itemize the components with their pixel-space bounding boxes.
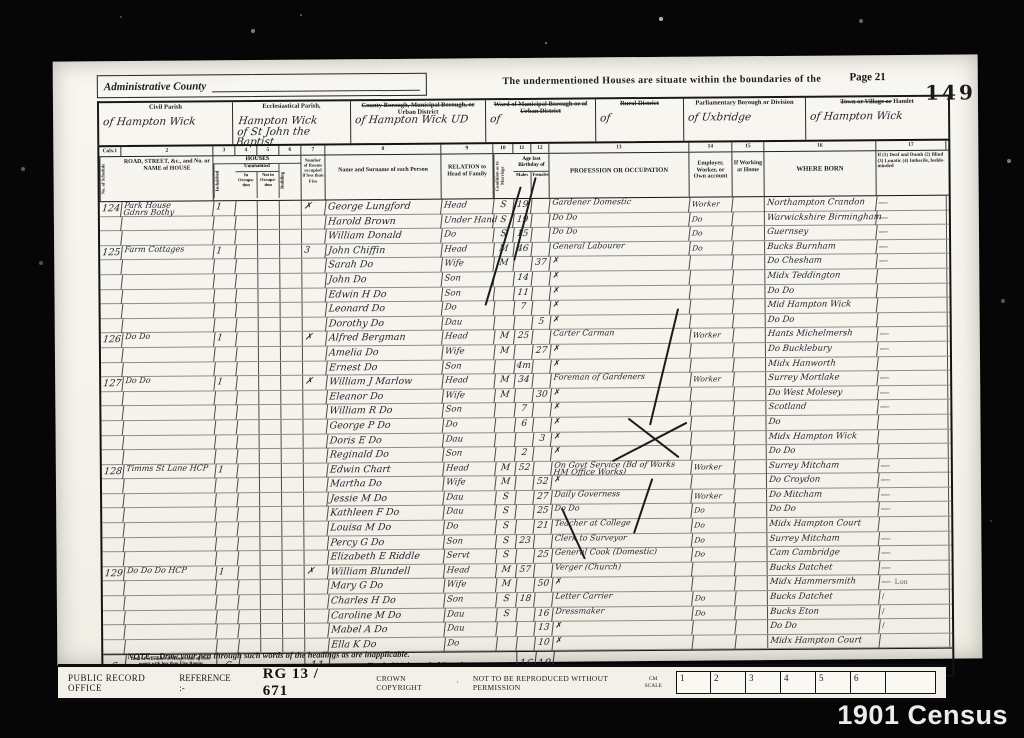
building-cell [282, 522, 304, 536]
address-cell [124, 552, 218, 566]
occupation-text: Gardener Domestic [552, 197, 632, 207]
employer-status-cell [692, 621, 737, 635]
district-label: Rural District [598, 100, 681, 108]
relation-cell: Head [444, 564, 498, 578]
age-male-cell [513, 257, 533, 271]
where-born-cell: Do Mitcham [766, 488, 880, 502]
building-cell [281, 361, 303, 375]
occupation-cell: ✗ [552, 621, 694, 636]
district-label-segment: Ward of Municipal Borough [494, 101, 573, 109]
occupation-text: Carter Carman [553, 329, 615, 338]
administrative-county-label: Administrative County [104, 80, 206, 93]
uninhabited-in-occupation-cell [239, 624, 261, 638]
age-male-cell [516, 578, 536, 592]
occupation-text: Daily Governess [554, 489, 621, 499]
age-female-cell [532, 359, 552, 373]
relation-cell: Head [443, 462, 497, 477]
rooms-cell [302, 317, 328, 331]
relation-cell: Head [442, 331, 496, 345]
inhabited-cell: 1 [213, 201, 237, 216]
occupation-cell: ✗ [551, 402, 693, 417]
marital-condition-cell: S [495, 505, 517, 519]
inhabited-cell [215, 449, 239, 463]
rooms-cell [304, 609, 330, 623]
age-female-cell [532, 374, 552, 388]
address-cell [122, 274, 216, 288]
inhabited-cell [215, 435, 239, 449]
age-male-cell [515, 491, 535, 505]
schedule-number-cell [100, 290, 124, 304]
uninhabited-in-occupation-cell [237, 420, 259, 434]
check-mark: ✗ [554, 446, 562, 455]
age-male-cell: 18 [516, 593, 536, 607]
employer-status-cell [692, 635, 737, 649]
district-label-segment: County Borough, Municipal [361, 102, 439, 110]
uninhabited-not-in-occupation-cell [261, 624, 283, 638]
building-cell [281, 376, 303, 390]
marital-condition-cell: M [494, 374, 516, 388]
where-born-cell: Warwickshire Birmingham [764, 211, 878, 225]
inhabited-cell [214, 318, 238, 332]
uninhabited-in-occupation-cell [236, 230, 258, 244]
occupation-text: Dressmaker [555, 606, 605, 615]
address-cell: Do Do [122, 333, 216, 347]
district-value: of [490, 114, 501, 125]
uninhabited-not-in-occupation-cell [258, 215, 280, 229]
uninhabited-not-in-occupation-cell [259, 405, 281, 419]
marital-condition-cell: M [495, 476, 517, 490]
rooms-cell [302, 361, 328, 375]
age-female-cell: 10 [534, 637, 554, 651]
age-male-cell [514, 345, 534, 359]
where-born-cell: Do Do [766, 444, 880, 458]
uninhabited-not-in-occupation-cell [258, 259, 280, 273]
address-cell [122, 289, 216, 303]
address-cell [123, 508, 217, 522]
address-cell [123, 420, 217, 434]
occupation-text: On Govt Service (Bd of Works HM Office W… [553, 459, 676, 476]
working-at-home-cell [736, 591, 768, 605]
infirmity-cell: —Lon [880, 575, 950, 589]
schedule-number-cell [101, 509, 125, 523]
employer-status-cell: Do [692, 591, 737, 605]
check-mark: ✗ [552, 300, 560, 309]
cm-scale-label: CM SCALE [645, 676, 662, 689]
employer-status-cell: Do [692, 533, 737, 547]
inhabited-cell [214, 347, 238, 361]
district-box: Parliamentary Borough or Divisionof Uxbr… [684, 98, 806, 141]
inhabited-cell [213, 230, 237, 244]
building-cell [281, 317, 303, 331]
where-born-cell: Midx Teddington [765, 269, 879, 283]
person-name-cell: Ernest Do [326, 360, 444, 375]
check-mark: ✗ [553, 417, 561, 426]
building-cell [281, 347, 303, 361]
working-at-home-cell [735, 460, 767, 474]
person-name-cell: George P Do [327, 418, 445, 433]
working-at-home-cell [733, 255, 765, 269]
inhabited-cell [215, 478, 239, 492]
occupation-cell: Verger (Church) [552, 562, 694, 577]
address-cell: Timms St Lane HCP [123, 464, 217, 479]
infirmity-cell [878, 415, 948, 429]
age-male-cell [516, 520, 536, 534]
employer-status-cell: Do [689, 241, 734, 255]
schedule-number-cell [100, 275, 124, 289]
rooms-cell [302, 273, 328, 287]
where-born-cell: Cam Cambridge [767, 546, 881, 560]
building-cell [283, 609, 305, 623]
col-header-age-males: Males [514, 172, 532, 196]
age-male-cell [515, 432, 535, 446]
employer-status-cell: Worker [691, 489, 736, 503]
relation-cell: Head [442, 374, 496, 388]
occupation-cell: Do Do [549, 212, 691, 227]
column-number: 12 [531, 144, 549, 153]
uninhabited-in-occupation-cell [236, 201, 258, 216]
infirmity-cell: — [878, 342, 948, 356]
uninhabited-in-occupation-cell [237, 318, 259, 332]
person-name-cell: Louisa M Do [328, 521, 446, 536]
uninhabited-in-occupation-cell [239, 580, 261, 594]
working-at-home-cell [734, 299, 766, 313]
infirmity-cell: — [877, 225, 947, 239]
col-header-employer: Employer, Worker, or Own account [689, 152, 732, 196]
building-cell [282, 463, 304, 477]
district-band: Civil Parishof Hampton WickEcclesiastica… [97, 95, 950, 146]
working-at-home-cell [735, 518, 767, 532]
inhabited-cell [213, 260, 237, 274]
infirmity-cell: — [877, 254, 947, 268]
rooms-cell: ✗ [302, 332, 328, 346]
inhabited-cell [214, 289, 238, 303]
marital-condition-cell: M [496, 564, 518, 578]
age-male-cell: 14 [514, 272, 534, 286]
age-female-cell: 13 [534, 622, 554, 636]
address-cell [123, 449, 217, 463]
district-value: of Hampton Wick [809, 111, 903, 122]
relation-cell: Son [442, 272, 496, 286]
working-at-home-cell [735, 431, 767, 445]
infirmity-cell: — [879, 473, 949, 487]
district-label-segment: Borough, or [440, 101, 475, 108]
schedule-number-cell [101, 494, 125, 508]
schedule-number-cell [102, 640, 126, 654]
age-male-cell [515, 505, 535, 519]
working-at-home-cell [733, 285, 765, 299]
schedule-number-cell [101, 406, 125, 420]
age-female-cell [532, 301, 552, 315]
age-female-cell [534, 564, 554, 578]
building-cell [281, 303, 303, 317]
column-number: 2 [121, 146, 213, 156]
schedule-number-cell [102, 538, 126, 552]
col-header-working-at-home: If Working at Home [732, 152, 764, 196]
marital-condition-cell: M [494, 389, 516, 403]
person-name-cell: Jessie M Do [327, 491, 445, 506]
uninhabited-not-in-occupation-cell [259, 347, 281, 361]
schedule-number-cell [101, 479, 125, 493]
uninhabited-not-in-occupation-cell [261, 566, 283, 580]
infirmity-cell [877, 269, 947, 283]
where-born-cell: Bucks Datchet [767, 590, 881, 604]
age-male-cell [515, 476, 535, 490]
crown-copyright-label: CROWN COPYRIGHT [376, 674, 442, 692]
uninhabited-not-in-occupation-cell [260, 493, 282, 507]
uninhabited-not-in-occupation-cell [260, 478, 282, 492]
age-male-cell: 34 [514, 374, 534, 388]
address-cell [122, 318, 216, 332]
relation-cell: Under Hand [441, 214, 495, 228]
marital-condition-cell: S [496, 520, 518, 534]
marital-condition-cell: M [495, 462, 517, 476]
address-cell [123, 391, 217, 405]
where-born-cell: Midx Hampton Court [767, 634, 881, 648]
age-male-cell: 25 [514, 330, 534, 344]
census-sheet: Administrative County The undermentioned… [53, 54, 983, 665]
employer-status-cell: Do [692, 518, 737, 532]
relation-cell: Do [442, 301, 496, 315]
age-female-cell: 30 [532, 388, 552, 402]
where-born-cell: Midx Hammersmith [767, 576, 881, 590]
marital-condition-cell [494, 316, 516, 330]
employer-status-cell [691, 431, 736, 445]
image-caption: 1901 Census [837, 700, 1008, 731]
infirmity-cell [879, 517, 949, 531]
rooms-cell [301, 215, 327, 229]
inhabited-cell [216, 610, 240, 624]
rooms-cell [303, 419, 329, 433]
where-born-cell: Guernsey [764, 225, 878, 239]
occupation-text: Do Do [552, 212, 578, 221]
col-header-schedule: No. of Schedule [99, 157, 121, 201]
person-name-cell: Sarah Do [325, 258, 443, 273]
working-at-home-cell [736, 576, 768, 590]
schedule-number-cell [100, 304, 124, 318]
inhabited-cell [216, 551, 240, 565]
column-number: 13 [549, 143, 689, 153]
person-name-cell: Harold Brown [325, 214, 443, 229]
uninhabited-not-in-occupation-cell [260, 434, 282, 448]
age-male-cell [516, 549, 536, 563]
relation-cell: Wife [443, 389, 497, 403]
employer-status-cell [691, 475, 736, 489]
infirmity-cell: / [880, 619, 950, 633]
relation-cell: Dau [442, 316, 496, 330]
schedule-number-cell: 128 [101, 465, 125, 479]
working-at-home-cell [734, 416, 766, 430]
schedule-number-cell [101, 392, 125, 406]
age-male-cell: 2 [515, 447, 535, 461]
check-mark: ✗ [555, 621, 563, 630]
working-at-home-cell [735, 474, 767, 488]
age-group-title: Age last Birthday of [513, 154, 549, 172]
building-cell [282, 434, 304, 448]
infirmity-cell [877, 283, 947, 297]
col-header-profession: PROFESSION OR OCCUPATION [549, 153, 689, 198]
ruler-cell: 3 [746, 671, 781, 694]
administrative-county-box: Administrative County [97, 73, 427, 99]
inhabited-cell [216, 522, 240, 536]
marital-condition-cell: M [496, 578, 518, 592]
infirmity-cell: — [878, 327, 948, 341]
building-cell [280, 201, 302, 216]
where-born-cell: Surrey Mitcham [766, 459, 880, 474]
building-cell [280, 288, 302, 302]
address-cell: Farm Cottages [121, 245, 215, 259]
schedule-number-cell [99, 217, 123, 231]
cm-ruler: 123456 [676, 671, 936, 694]
address-cell [121, 260, 215, 274]
relation-cell: Son [444, 593, 498, 607]
marital-condition-cell [494, 301, 516, 315]
uninhabited-not-in-occupation-cell [260, 449, 282, 463]
employer-status-cell [691, 416, 736, 430]
infirmity-cell: — [878, 385, 948, 399]
where-born-cell: Midx Hampton Wick [766, 430, 880, 444]
rooms-cell [304, 551, 330, 565]
uninhabited-not-in-occupation-cell [260, 507, 282, 521]
marital-condition-cell: S [495, 491, 517, 505]
district-value: Hampton Wick of St John the Baptist [235, 115, 352, 147]
age-female-cell [533, 461, 553, 475]
building-cell [283, 595, 305, 609]
working-at-home-cell [733, 197, 765, 212]
occupation-text: Do Do [554, 504, 580, 513]
uninhabited-in-occupation-cell [236, 274, 258, 288]
district-label-segment: Rural District [620, 100, 659, 107]
age-female-cell: 52 [533, 476, 553, 490]
employer-status-cell [690, 314, 735, 328]
relation-cell: Dau [443, 491, 497, 505]
check-mark: ✗ [554, 475, 562, 484]
employer-status-cell: Do [692, 548, 737, 562]
marital-condition-cell [494, 287, 516, 301]
employer-status-cell: Worker [690, 329, 735, 343]
age-female-cell [531, 243, 551, 257]
infirmity-cell: — [879, 531, 949, 545]
employer-status-cell [690, 358, 735, 372]
person-name-cell: John Chiffin [325, 243, 443, 258]
relation-cell: Head [441, 243, 495, 257]
uninhabited-not-in-occupation-cell [259, 420, 281, 434]
uninhabited-not-in-occupation-cell [259, 376, 281, 390]
schedule-number-cell [102, 523, 126, 537]
building-cell [281, 390, 303, 404]
district-box: Rural Districtof [596, 99, 684, 142]
rooms-cell [304, 580, 330, 594]
inhabited-cell [216, 595, 240, 609]
reference-number: RG 13 / 671 [263, 666, 337, 700]
relation-cell: Dau [444, 622, 498, 636]
column-number: 10 [493, 144, 513, 153]
check-mark: ✗ [555, 577, 563, 586]
record-office-label: PUBLIC RECORD OFFICE [68, 673, 165, 693]
age-male-cell: 6 [515, 418, 535, 432]
col-header-building: Building [279, 164, 301, 198]
working-at-home-cell [734, 372, 766, 386]
uninhabited-in-occupation-cell [236, 259, 258, 273]
employer-status-cell [689, 256, 734, 270]
district-value: of Hampton Wick [103, 117, 197, 128]
district-label: Ward of Municipal Borough or of Urban Di… [488, 100, 593, 116]
district-box: Ward of Municipal Borough or of Urban Di… [486, 99, 596, 142]
pencil-note: Lon [895, 577, 908, 586]
age-female-cell [532, 286, 552, 300]
age-male-cell: 11 [514, 286, 534, 300]
age-male-cell [516, 622, 536, 636]
working-at-home-cell [734, 401, 766, 415]
col-header-name: Name and Surname of each Person [325, 155, 441, 200]
where-born-cell: Do Do [767, 619, 881, 633]
building-cell [282, 493, 304, 507]
age-male-cell: 7 [515, 403, 535, 417]
relation-cell: Do [444, 637, 498, 651]
marital-condition-cell: M [494, 345, 516, 359]
district-value: of Uxbridge [688, 112, 752, 123]
working-at-home-cell [735, 547, 767, 561]
uninhabited-not-in-occupation-cell [259, 361, 281, 375]
infirmity-cell: / [880, 590, 950, 604]
address-cell [124, 595, 218, 609]
working-at-home-cell [735, 533, 767, 547]
uninhabited-in-occupation-cell [237, 303, 259, 317]
district-label-segment: Civil Parish [149, 104, 182, 111]
occupation-text: General Cook (Domestic) [554, 547, 657, 557]
address-cell [123, 479, 217, 493]
relation-cell: Servt [444, 549, 498, 563]
marital-condition-cell [495, 403, 517, 417]
uninhabited-in-occupation-cell [238, 493, 260, 507]
schedule-number-cell [102, 582, 126, 596]
check-mark: ✗ [552, 256, 560, 265]
occupation-cell: Dressmaker [552, 606, 694, 621]
person-name-cell: John Do [326, 273, 444, 288]
infirmity-cell [878, 298, 948, 312]
where-born-cell: Mid Hampton Wick [765, 298, 879, 312]
infirmity-cell [879, 429, 949, 443]
working-at-home-cell [736, 620, 768, 634]
age-female-cell: 16 [534, 607, 554, 621]
uninhabited-not-in-occupation-cell [258, 230, 280, 244]
uninhabited-in-occupation-cell [237, 391, 259, 405]
building-cell [281, 405, 303, 419]
person-name-cell: William Blundell [328, 564, 446, 579]
employer-status-cell: Do [689, 226, 734, 240]
inhabited-cell [216, 537, 240, 551]
relation-cell: Wife [444, 579, 498, 593]
occupation-text: Verger (Church) [555, 562, 622, 572]
schedule-number-cell [102, 596, 126, 610]
rooms-cell: ✗ [302, 376, 328, 390]
employer-status-cell [690, 270, 735, 284]
uninhabited-in-occupation-cell [239, 610, 261, 624]
address-cell: Do Do [122, 376, 216, 390]
rooms-cell [304, 536, 330, 550]
rooms-cell: ✗ [304, 565, 330, 579]
col-header-condition: Condition as to Marriage [493, 154, 513, 198]
marital-condition-cell [496, 637, 518, 651]
census-body: 124 Park House Gdnrs Bothy 1 ✗ George Lu… [100, 196, 953, 655]
address-cell [124, 581, 218, 595]
rooms-cell [304, 624, 330, 638]
where-born-cell: Do West Molesey [765, 386, 879, 400]
column-number: 9 [441, 144, 493, 153]
district-label: Ecclesiastical Parish, [235, 102, 348, 110]
marital-condition-cell [494, 272, 516, 286]
uninhabited-in-occupation-cell [236, 216, 258, 230]
age-male-cell [516, 607, 536, 621]
